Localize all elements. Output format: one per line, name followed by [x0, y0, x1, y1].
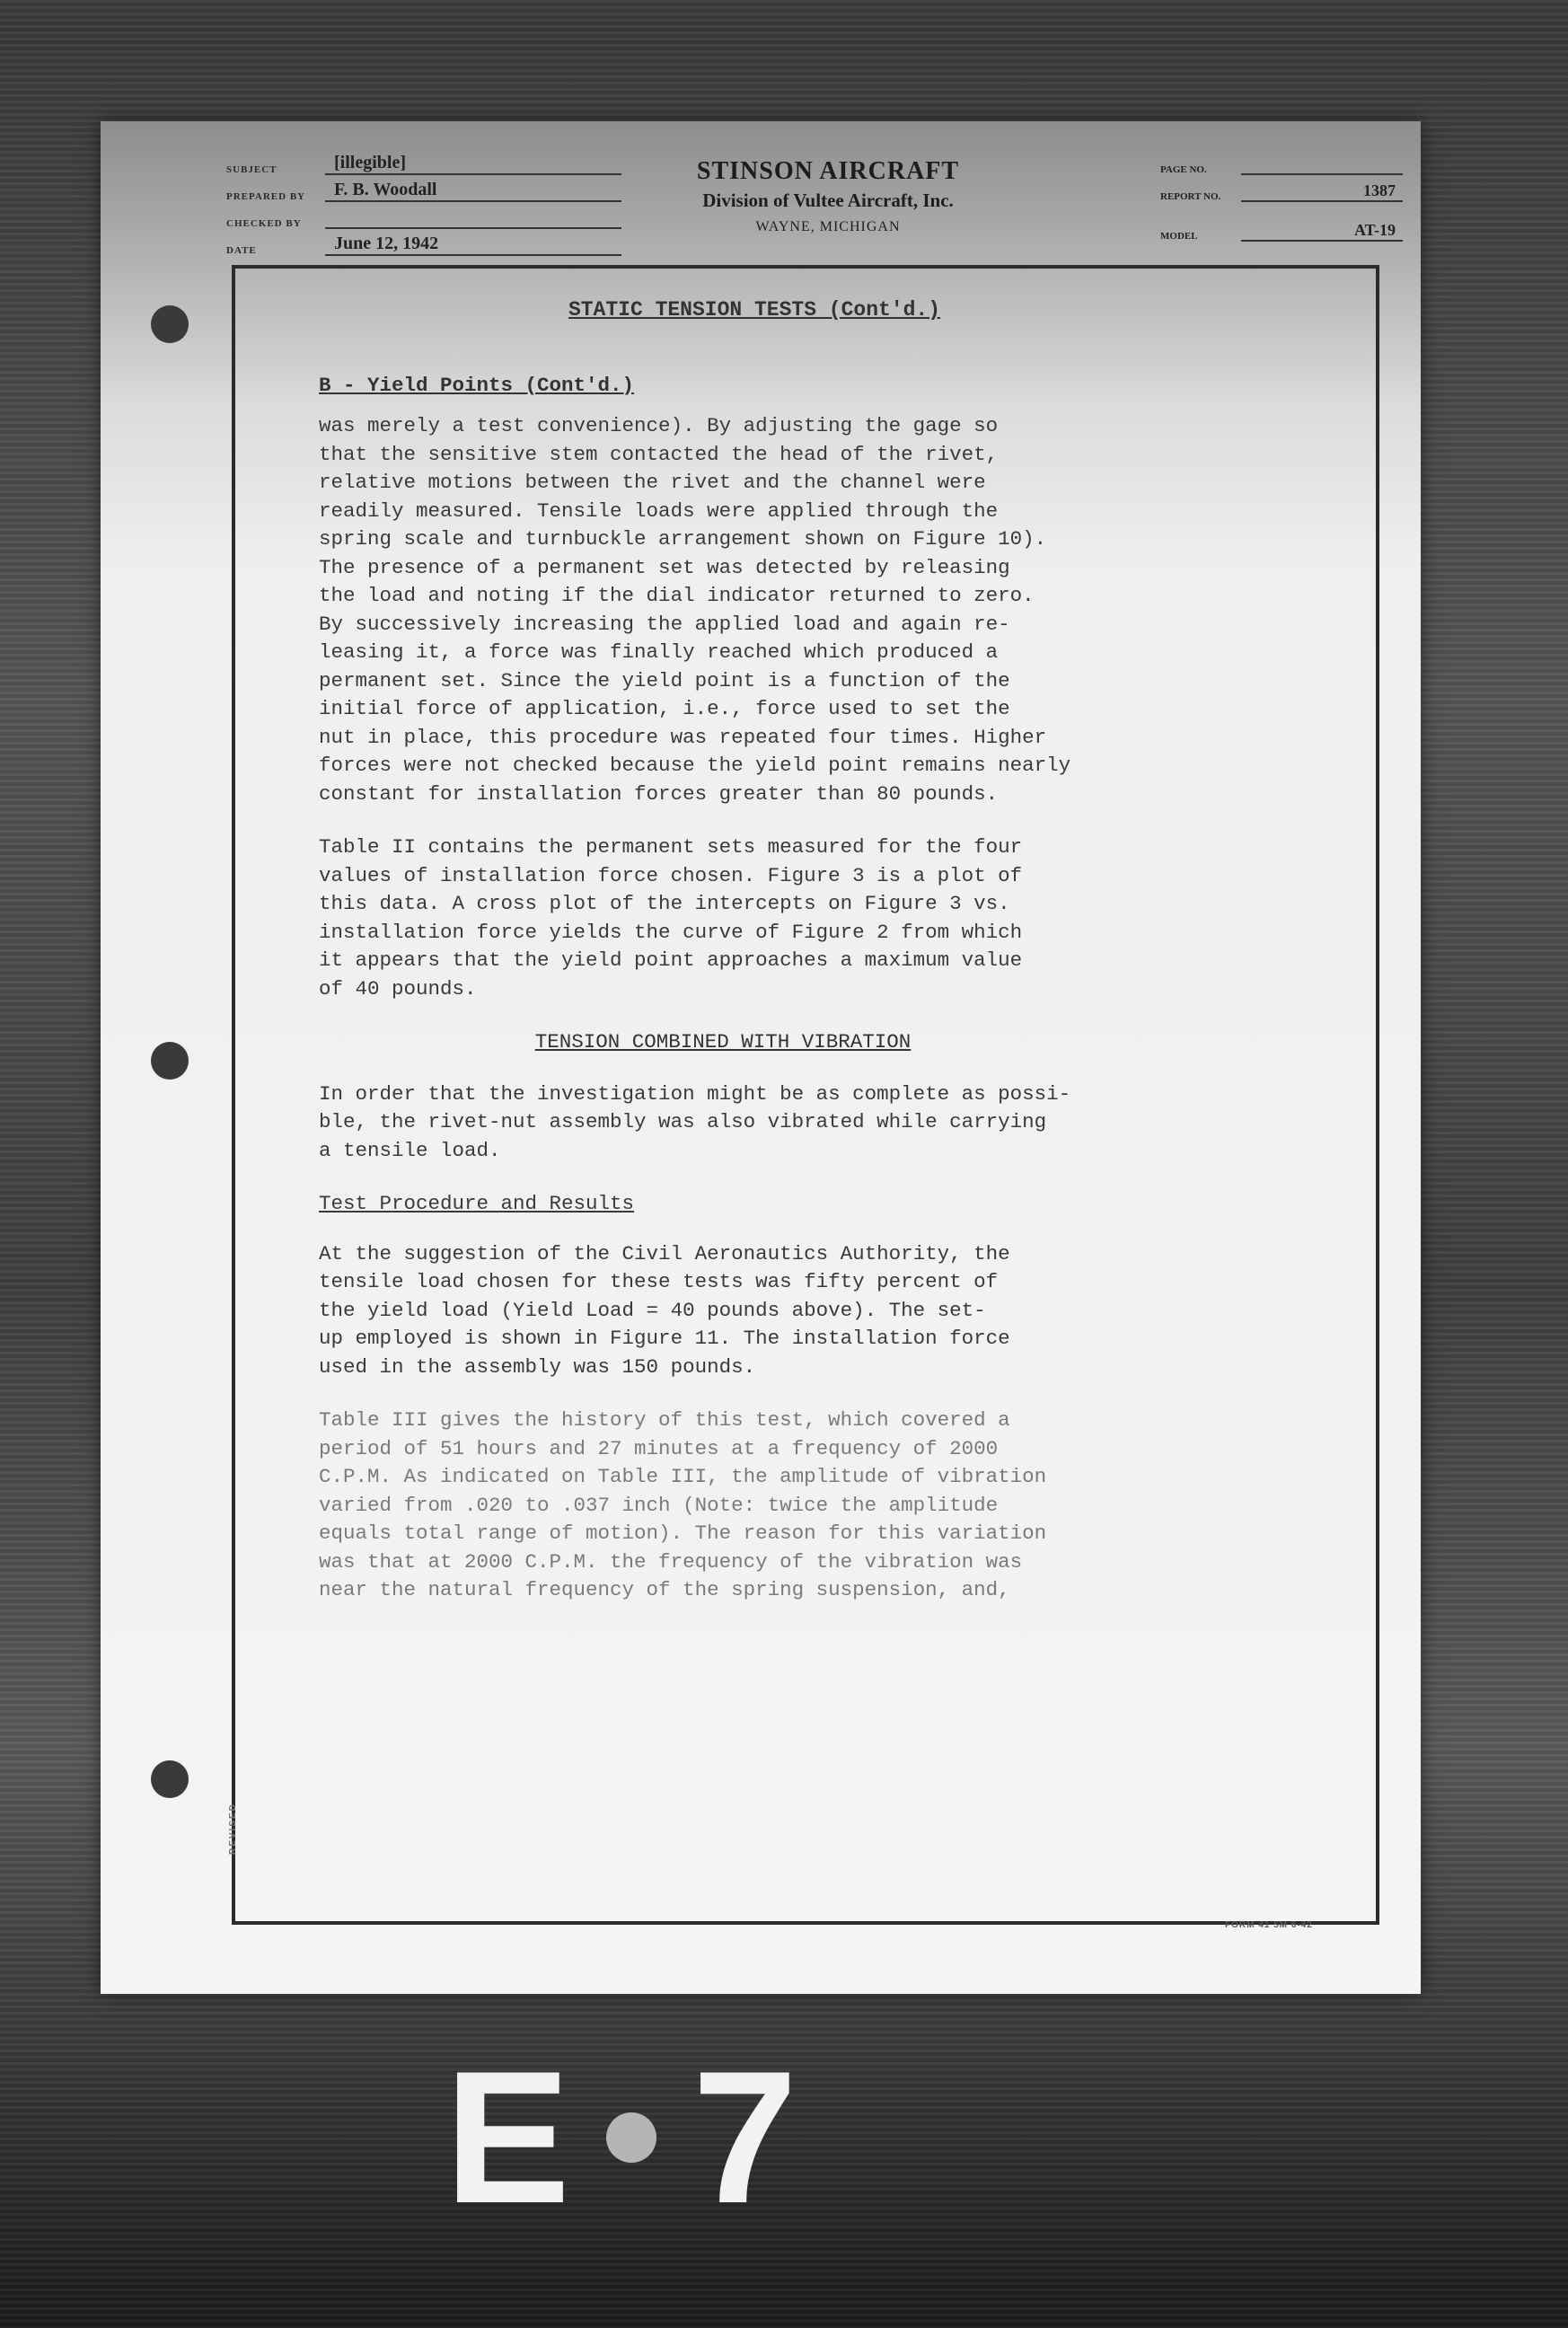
page-no-label: PAGE NO.: [1160, 164, 1241, 175]
company-city: WAYNE, MICHIGAN: [657, 219, 999, 235]
binder-hole-icon: [151, 1760, 189, 1798]
paragraph: Table III gives the history of this test…: [319, 1406, 1127, 1605]
subject-field: SUBJECT [illegible]: [226, 148, 621, 175]
page-title: STATIC TENSION TESTS (Cont'd.): [382, 296, 1127, 325]
model-value: AT-19: [1241, 221, 1403, 242]
subheading-yield-points: B - Yield Points (Cont'd.): [319, 372, 1127, 401]
company-letterhead: STINSON AIRCRAFT Division of Vultee Airc…: [657, 157, 999, 235]
prepared-by-label: PREPARED BY: [226, 191, 325, 202]
subheading-test-procedure: Test Procedure and Results: [319, 1190, 1127, 1219]
model-field: MODEL AT-19: [1160, 215, 1403, 242]
film-marker-number: 7: [692, 2029, 797, 2246]
page-no-field: PAGE NO.: [1160, 148, 1403, 175]
paragraph: In order that the investigation might be…: [319, 1080, 1127, 1166]
date-label: DATE: [226, 245, 325, 256]
company-division: Division of Vultee Aircraft, Inc.: [657, 190, 999, 212]
checked-by-field: CHECKED BY: [226, 202, 621, 229]
section-title-vibration: TENSION COMBINED WITH VIBRATION: [319, 1028, 1127, 1057]
checked-by-label: CHECKED BY: [226, 218, 325, 229]
report-no-value: 1387: [1241, 181, 1403, 202]
report-no-label: REPORT NO.: [1160, 191, 1241, 202]
checked-by-value: [325, 227, 621, 229]
company-name: STINSON AIRCRAFT: [657, 157, 999, 186]
prepared-by-field: PREPARED BY F. B. Woodall: [226, 175, 621, 202]
report-no-field: REPORT NO. 1387: [1160, 175, 1403, 202]
document-body: STATIC TENSION TESTS (Cont'd.) B - Yield…: [319, 296, 1127, 1630]
microfilm-frame-marker: E 7: [445, 2048, 797, 2227]
subject-value: [illegible]: [325, 153, 621, 175]
prepared-by-value: F. B. Woodall: [325, 180, 621, 202]
form-number: FORM 41 5M 6-42: [1225, 1920, 1313, 1930]
model-label: MODEL: [1160, 231, 1241, 242]
paragraph: Table II contains the permanent sets mea…: [319, 833, 1127, 1003]
revised-margin-label: REVISED: [228, 1803, 238, 1855]
date-field: DATE June 12, 1942: [226, 229, 621, 256]
date-value: June 12, 1942: [325, 234, 621, 256]
binder-hole-icon: [151, 1042, 189, 1080]
header-left-fields: SUBJECT [illegible] PREPARED BY F. B. Wo…: [226, 148, 621, 256]
paragraph: At the suggestion of the Civil Aeronauti…: [319, 1240, 1127, 1382]
page-no-value: [1241, 173, 1403, 175]
header-right-fields: PAGE NO. REPORT NO. 1387 MODEL AT-19: [1160, 148, 1403, 242]
film-marker-dot-icon: [606, 2112, 656, 2163]
paragraph: was merely a test convenience). By adjus…: [319, 412, 1127, 808]
binder-hole-icon: [151, 305, 189, 343]
film-marker-letter: E: [445, 2029, 570, 2246]
subject-label: SUBJECT: [226, 164, 325, 175]
